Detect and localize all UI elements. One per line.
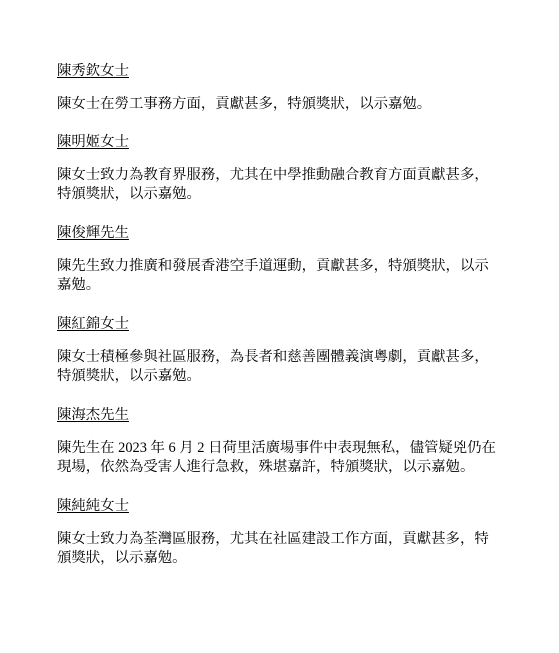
award-entry: 陳純純女士 陳女士致力為荃灣區服務，尤其在社區建設工作方面，貢獻甚多，特頒獎狀，…	[57, 497, 497, 569]
citation-text: 陳女士在勞工事務方面，貢獻甚多，特頒獎狀，以示嘉勉。	[57, 95, 497, 115]
award-entry: 陳明姬女士 陳女士致力為教育界服務，尤其在中學推動融合教育方面貢獻甚多，特頒獎狀…	[57, 133, 497, 205]
recipient-name: 陳紅錦女士	[57, 315, 497, 334]
recipient-name: 陳明姬女士	[57, 133, 497, 152]
award-entry: 陳海杰先生 陳先生在 2023 年 6 月 2 日荷里活廣場事件中表現無私，儘管…	[57, 406, 497, 478]
recipient-name: 陳海杰先生	[57, 406, 497, 425]
award-entry: 陳秀欽女士 陳女士在勞工事務方面，貢獻甚多，特頒獎狀，以示嘉勉。	[57, 62, 497, 115]
recipient-name: 陳秀欽女士	[57, 62, 497, 81]
recipient-name: 陳純純女士	[57, 497, 497, 516]
document-page: 陳秀欽女士 陳女士在勞工事務方面，貢獻甚多，特頒獎狀，以示嘉勉。 陳明姬女士 陳…	[57, 62, 497, 588]
award-entry: 陳俊輝先生 陳先生致力推廣和發展香港空手道運動，貢獻甚多，特頒獎狀，以示嘉勉。	[57, 224, 497, 296]
citation-text: 陳先生在 2023 年 6 月 2 日荷里活廣場事件中表現無私，儘管疑兇仍在現場…	[57, 439, 497, 478]
citation-text: 陳女士致力為荃灣區服務，尤其在社區建設工作方面，貢獻甚多，特頒獎狀，以示嘉勉。	[57, 530, 497, 569]
award-entry: 陳紅錦女士 陳女士積極參與社區服務，為長者和慈善團體義演粵劇，貢獻甚多，特頒獎狀…	[57, 315, 497, 387]
citation-text: 陳女士積極參與社區服務，為長者和慈善團體義演粵劇，貢獻甚多，特頒獎狀，以示嘉勉。	[57, 348, 497, 387]
recipient-name: 陳俊輝先生	[57, 224, 497, 243]
citation-text: 陳女士致力為教育界服務，尤其在中學推動融合教育方面貢獻甚多，特頒獎狀，以示嘉勉。	[57, 166, 497, 205]
citation-text: 陳先生致力推廣和發展香港空手道運動，貢獻甚多，特頒獎狀，以示嘉勉。	[57, 257, 497, 296]
